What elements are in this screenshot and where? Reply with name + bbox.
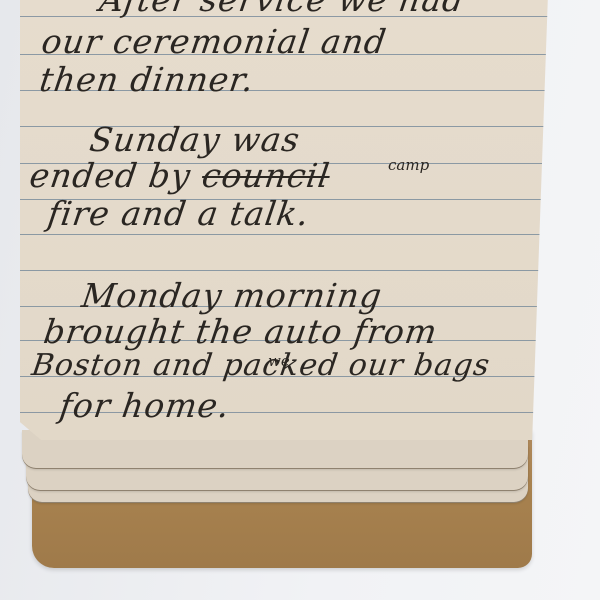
handwritten-line-3: then dinner. (37, 60, 257, 99)
line-10-after: packed our bags (221, 348, 492, 383)
handwritten-line-5: ended by council (27, 156, 332, 195)
inserted-word-camp: camp (388, 156, 429, 174)
line-5-text: ended by (27, 156, 193, 195)
handwritten-line-6: fire and a talk. (45, 194, 312, 233)
inserted-word-we: we (268, 352, 290, 370)
handwritten-line-8: Monday morning (79, 276, 384, 315)
struck-word: council (200, 156, 333, 195)
handwritten-line-1: After service we had (97, 0, 467, 19)
ruled-line (20, 270, 548, 271)
line-10-text: Boston and (30, 348, 216, 383)
handwritten-line-2: our ceremonial and (39, 22, 389, 61)
diary-card: After service we had our ceremonial and … (20, 0, 548, 440)
handwritten-line-10: Boston and packed our bags (30, 348, 493, 383)
handwritten-line-4: Sunday was (87, 120, 302, 159)
ruled-line (20, 234, 548, 235)
handwritten-line-9: brought the auto from (41, 312, 440, 351)
handwritten-line-11: for home. (57, 386, 232, 425)
